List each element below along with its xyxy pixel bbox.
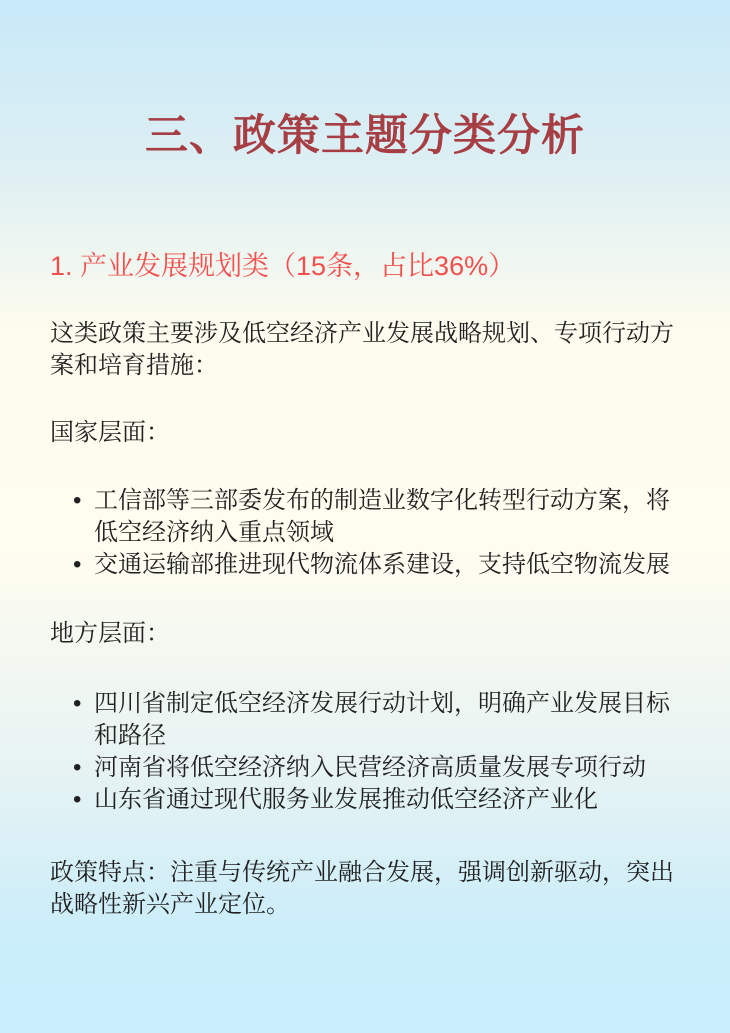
- group-label-national: 国家层面：: [50, 417, 680, 449]
- section-intro: 这类政策主要涉及低空经济产业发展战略规划、专项行动方案和培育措施：: [50, 318, 680, 382]
- list-item: 工信部等三部委发布的制造业数字化转型行动方案，将低空经济纳入重点领域: [94, 485, 680, 549]
- list-item: 山东省通过现代服务业发展推动低空经济产业化: [94, 784, 680, 816]
- national-bullet-list: 工信部等三部委发布的制造业数字化转型行动方案，将低空经济纳入重点领域 交通运输部…: [50, 485, 680, 581]
- list-item: 交通运输部推进现代物流体系建设，支持低空物流发展: [94, 549, 680, 581]
- list-item: 四川省制定低空经济发展行动计划，明确产业发展目标和路径: [94, 688, 680, 752]
- policy-document-page: 三、政策主题分类分析 1. 产业发展规划类（15条，占比36%） 这类政策主要涉…: [0, 0, 730, 1033]
- section-summary: 政策特点：注重与传统产业融合发展，强调创新驱动，突出战略性新兴产业定位。: [50, 857, 680, 921]
- list-item: 河南省将低空经济纳入民营经济高质量发展专项行动: [94, 752, 680, 784]
- section-heading: 1. 产业发展规划类（15条，占比36%）: [50, 248, 680, 284]
- page-title: 三、政策主题分类分析: [50, 112, 680, 160]
- group-label-local: 地方层面：: [50, 618, 680, 650]
- local-bullet-list: 四川省制定低空经济发展行动计划，明确产业发展目标和路径 河南省将低空经济纳入民营…: [50, 688, 680, 816]
